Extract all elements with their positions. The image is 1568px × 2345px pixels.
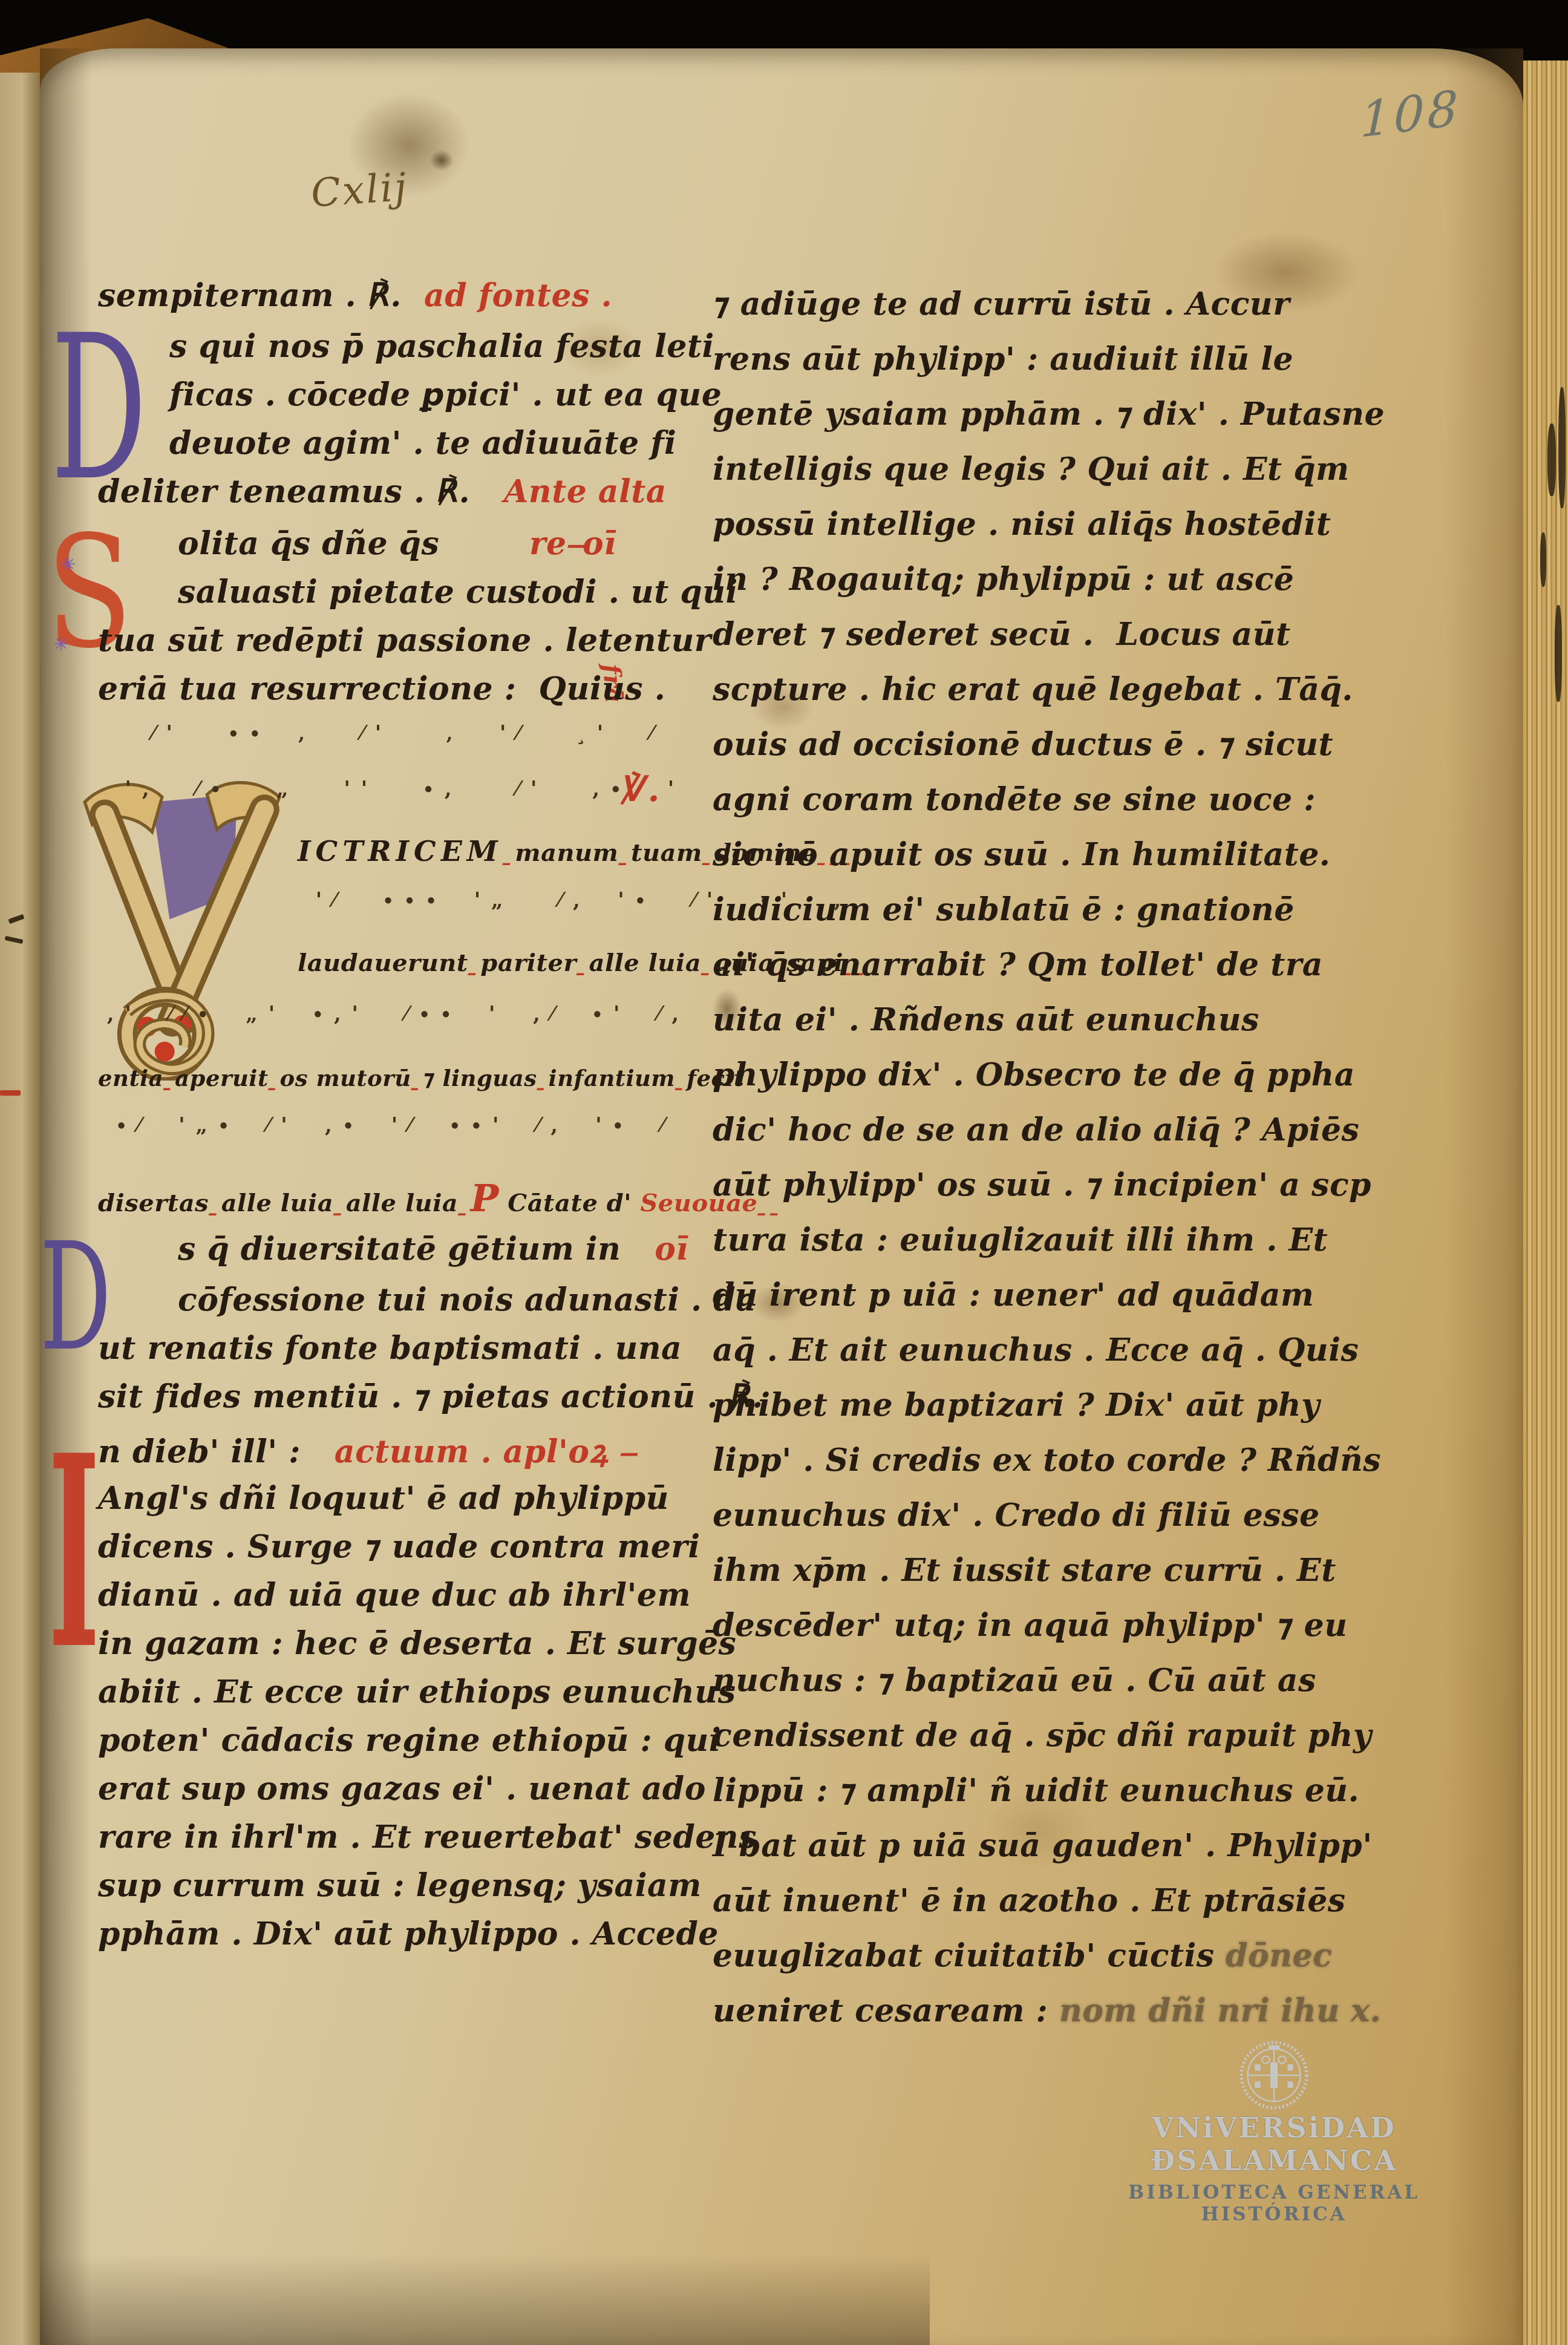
- manuscript-text-line: in gazam : hec ē deserta . Et surgēs: [98, 1625, 667, 1673]
- body-text: alle luia: [346, 1189, 459, 1217]
- rubric-text: ˍ: [503, 839, 515, 867]
- manuscript-text-line: aūt inuent' ē in azotho . Et ptrāsiēs: [713, 1882, 1293, 1937]
- watermark-library-name: BIBLIOTECA GENERAL HISTÓRICA: [1105, 2182, 1443, 2225]
- manuscript-text-line: poten' cādacis regine ethiopū : qui: [98, 1722, 667, 1770]
- manuscript-text-line: Angl's dñi loquut' ē ad phylippū: [98, 1480, 667, 1528]
- manuscript-text-line: rare in ihrl'm . Et reuertebat' sedens: [98, 1819, 667, 1867]
- rubric-text: actuum . apl'oꝝ ⎯: [335, 1433, 635, 1470]
- manuscript-text-line: s qui nos p̄ paschalia festa leti: [98, 328, 667, 376]
- neume-row: ⁄ ' ∙ ∙ ‚ ⁄ ' ‚ ' ⁄ ¸ ' ⁄: [98, 721, 667, 777]
- body-text: possū intellige . nisi aliq̄s hostēdit: [713, 506, 1331, 543]
- body-text: lippū : ⁊ ampli' ñ uidit eunuchus eū.: [713, 1772, 1359, 1809]
- body-text: in gazam : hec ē deserta . Et surgēs: [98, 1625, 736, 1662]
- body-text: ihm xp̄m . Et iussit stare currū . Et: [713, 1552, 1336, 1589]
- body-text: poten' cādacis regine ethiopū : qui: [98, 1722, 721, 1759]
- page-stack-fore-edge: [1523, 61, 1568, 2345]
- body-text: sempiternam . ℟.: [98, 277, 424, 314]
- text-column-right: ⁊ adiūge te ad currū istū . Accurrens aū…: [713, 286, 1293, 2047]
- body-text: eriā tua resurrectione : Quius .: [98, 670, 665, 707]
- body-text: phylippo dix' . Obsecro te de q̄ ppha: [713, 1056, 1355, 1093]
- body-text: bat aūt p uiā suā gauden' . Phylipp': [739, 1827, 1372, 1864]
- body-text: lipp' . Si credis ex toto corde ? Rñdñs: [713, 1442, 1381, 1479]
- manuscript-text-line: aq̄ . Et ait eunuchus . Ecce aq̄ . Quis: [713, 1332, 1293, 1387]
- body-text: Angl's dñi loquut' ē ad phylippū: [98, 1480, 669, 1517]
- manuscript-text-line: saluasti pietate custodi . ut qui: [98, 574, 667, 622]
- body-text: descēder' utq; in aquā phylipp' ⁊ eu: [713, 1607, 1347, 1644]
- body-text: os mutorū: [280, 1065, 411, 1091]
- body-text: s qui nos p̄ paschalia festa leti: [169, 328, 714, 365]
- body-text: euuglizabat ciuitatib' cūctis: [713, 1937, 1226, 1974]
- body-text: saluasti pietate custodi . ut qui: [178, 574, 738, 610]
- folio-mark: Cxlij: [310, 165, 410, 216]
- manuscript-text-line: s q̄ diuersitatē gētium in oī: [98, 1231, 667, 1281]
- manuscript-text-line: ut renatis fonte baptismati . una: [98, 1330, 667, 1378]
- body-text: deret ⁊ sederet secū . Locus aūt: [713, 616, 1291, 653]
- body-text: ⁊ adiūge te ad currū istū . Accur: [713, 286, 1290, 322]
- neume-row: , ' ⁄ ⁄ ∙ „ ' ∙ , ' ⁄ ∙ ∙ ' , ⁄ ∙ ' ⁄ ,: [98, 1002, 667, 1065]
- body-text: deuote agim' . te adiuuāte fi: [169, 425, 676, 462]
- rubric-text: ˍ: [269, 1065, 280, 1091]
- rubric-text: ˍ: [411, 1065, 423, 1091]
- body-text: manum: [515, 839, 618, 867]
- body-text: ut renatis fonte baptismati . una: [98, 1330, 682, 1367]
- body-text: in ? Rogauitq; phylippū : ut ascē: [713, 561, 1294, 598]
- manuscript-text-line: laudaueruntˍpariterˍalle luiaˍquiaˍsapiˍ…: [98, 949, 667, 1002]
- manuscript-text-line: sempiternam . ℟. ad fontes .: [98, 277, 667, 328]
- rubric-text: ˍ: [618, 839, 631, 867]
- manuscript-text-line: euuglizabat ciuitatib' cūctis dōnec: [713, 1937, 1293, 1992]
- body-text: pphām . Dix' aūt phylippo . Accede: [98, 1915, 719, 1952]
- manuscript-text-line: ⁊ adiūge te ad currū istū . Accur: [713, 286, 1293, 341]
- facing-page-edge: [0, 73, 40, 2345]
- body-text: ficas . cōcede ꝑpici' . ut ea que: [169, 376, 722, 413]
- showthrough-rubric-mark: [0, 1090, 21, 1096]
- body-text: laudauerunt: [298, 949, 468, 977]
- manuscript-text-line: dic' hoc de se an de alio aliq̄ ? Apiēs: [713, 1111, 1293, 1166]
- manuscript-text-line: iudicium ei' sublatū ē : gnationē: [713, 891, 1293, 946]
- body-text: uita ei' . Rñdens aūt eunuchus: [713, 1001, 1259, 1038]
- pencil-page-number: 108: [1360, 79, 1462, 148]
- library-watermark: VNiVERSiDAD ÐSALAMANCA BIBLIOTECA GENERA…: [1105, 2039, 1443, 2225]
- manuscript-text-line: descēder' utq; in aquā phylipp' ⁊ eu: [713, 1607, 1293, 1662]
- body-text: abiit . Et ecce uir ethiops eunuchus: [98, 1673, 736, 1710]
- fore-edge-shading: [1445, 48, 1523, 2345]
- neume-row: ' , ⁄ ∙ „ ' ' ∙ , ⁄ ' , ∙ ': [98, 777, 667, 835]
- body-text: gentē ysaiam pphām . ⁊ dix' . Putasne: [713, 396, 1385, 433]
- rubric-text: re⎯oī: [529, 525, 616, 562]
- body-text: ueniret cesaream :: [713, 1992, 1059, 2029]
- manuscript-text-line: eunuchus dix' . Credo di filiū esse: [713, 1497, 1293, 1552]
- body-text: phibet me baptizari ? Dix' aūt phy: [713, 1387, 1320, 1424]
- body-text: ICTRICEM: [298, 835, 503, 868]
- university-seal-icon: [1238, 2039, 1310, 2111]
- body-text: dicens . Surge ⁊ uade contra meri: [98, 1528, 701, 1565]
- parchment-stain: [426, 146, 457, 174]
- body-text: rens aūt phylipp' : audiuit illū le: [713, 341, 1293, 378]
- manuscript-text-line: entiaˍaperuitˍos mutorūˍ⁊ linguasˍinfant…: [98, 1065, 667, 1113]
- rubric-text: P: [471, 1176, 499, 1220]
- manuscript-text-line: sic nō apuit os suū . In humilitate.: [713, 836, 1293, 891]
- manuscript-text-line: I bat aūt p uiā suā gauden' . Phylipp': [713, 1827, 1293, 1882]
- body-text: sic nō apuit os suū . In humilitate.: [713, 836, 1330, 873]
- body-text: aq̄ . Et ait eunuchus . Ecce aq̄ . Quis: [713, 1332, 1359, 1369]
- fore-edge-ink-smudge: [1558, 387, 1566, 508]
- manuscript-text-line: gentē ysaiam pphām . ⁊ dix' . Putasne: [713, 396, 1293, 451]
- rubric-text: ˍ: [163, 1065, 175, 1091]
- manuscript-text-line: deliter teneamus . ℟. Ante alta: [98, 473, 667, 525]
- watermark-university-name-2: ÐSALAMANCA: [1105, 2144, 1443, 2177]
- rubric-text: ˍ: [209, 1189, 221, 1217]
- manuscript-text-line: pphām . Dix' aūt phylippo . Accede: [98, 1915, 667, 1964]
- manuscript-text-line: rens aūt phylipp' : audiuit illū le: [713, 341, 1293, 396]
- rubric-text: ˍ: [577, 949, 589, 977]
- manuscript-text-line: ei' q̄s enarrabit ? Qm tollet' de tra: [713, 946, 1293, 1001]
- body-text: dic' hoc de se an de alio aliq̄ ? Apiēs: [713, 1111, 1359, 1148]
- manuscript-text-line: in ? Rogauitq; phylippū : ut ascē: [713, 561, 1293, 616]
- body-text: aūt phylipp' os suū . ⁊ incipien' a scp: [713, 1166, 1371, 1203]
- body-text: alle luia: [589, 949, 701, 977]
- manuscript-text-line: n dieb' ill' : actuum . apl'oꝝ ⎯: [98, 1429, 667, 1480]
- body-text: erat sup oms gazas ei' . uenat ado: [98, 1770, 706, 1807]
- manuscript-text-line: ihm xp̄m . Et iussit stare currū . Et: [713, 1552, 1293, 1607]
- neume-row: ∙ ⁄ ' „ ∙ ⁄ ' , ∙ ' ⁄ ∙ ∙ ' ⁄ , ' ∙ ⁄: [98, 1113, 667, 1176]
- manuscript-text-line: olita q̄s dñe q̄s re⎯oī: [98, 525, 667, 574]
- bottom-shadow: [40, 2254, 930, 2345]
- manuscript-text-line: dicens . Surge ⁊ uade contra meri: [98, 1528, 667, 1577]
- manuscript-text-line: nuchus : ⁊ baptizaū eū . Cū aūt as: [713, 1662, 1293, 1717]
- initial-ornament-dot: ✳: [60, 554, 76, 575]
- body-text: nom dñi nri ihu x.: [1059, 1992, 1381, 2029]
- body-text: ouis ad occisionē ductus ē . ⁊ sicut: [713, 726, 1333, 763]
- body-text: deliter teneamus . ℟.: [98, 473, 504, 510]
- manuscript-text-line: deuote agim' . te adiuuāte fi: [98, 425, 667, 473]
- initial-ornament-dot: ✳: [53, 634, 68, 655]
- manuscript-text-line: ICTRICEMˍmanumˍtuamˍdomineˍˍˍ: [98, 835, 667, 888]
- body-text: aūt inuent' ē in azotho . Et ptrāsiēs: [713, 1882, 1346, 1919]
- manuscript-text-line: possū intellige . nisi aliq̄s hostēdit: [713, 506, 1293, 561]
- manuscript-text-line: eriā tua resurrectione : Quius .: [98, 670, 667, 721]
- body-text: scpture . hic erat quē legebat . Tāq̄.: [713, 671, 1353, 708]
- manuscript-text-line: aūt phylipp' os suū . ⁊ incipien' a scp: [713, 1166, 1293, 1222]
- body-text: iudicium ei' sublatū ē : gnationē: [713, 891, 1295, 928]
- manuscript-text-line: dianū . ad uiā que duc ab ihrl'em: [98, 1577, 667, 1625]
- manuscript-text-line: phylippo dix' . Obsecro te de q̄ ppha: [713, 1056, 1293, 1111]
- body-text: infantium: [549, 1065, 675, 1091]
- rubric-text: ad fontes .: [424, 277, 612, 314]
- fore-edge-ink-smudge: [1540, 532, 1546, 587]
- body-text: aperuit: [175, 1065, 268, 1091]
- manuscript-scan: { "page": { "folio_mark": "Cxlij", "page…: [0, 0, 1568, 2345]
- body-text: dū irent p uiā : uener' ad quādam: [713, 1277, 1314, 1313]
- showthrough-ink-mark: [5, 936, 24, 944]
- rubric-text: ˍ: [537, 1065, 549, 1091]
- body-text: rare in ihrl'm . Et reuertebat' sedens: [98, 1819, 757, 1856]
- body-text: eunuchus dix' . Credo di filiū esse: [713, 1497, 1320, 1534]
- body-text: Cātate d': [499, 1189, 641, 1217]
- manuscript-text-line: lipp' . Si credis ex toto corde ? Rñdñs: [713, 1442, 1293, 1497]
- body-text: dōnec: [1226, 1937, 1332, 1974]
- manuscript-text-line: tura ista : euiuglizauit illi ihm . Et: [713, 1222, 1293, 1277]
- manuscript-text-line: intelligis que legis ? Qui ait . Et q̄m: [713, 451, 1293, 506]
- manuscript-text-line: dū irent p uiā : uener' ad quādam: [713, 1277, 1293, 1332]
- text-column-left: sempiternam . ℟. ad fontes .s qui nos p̄…: [98, 277, 667, 1964]
- manuscript-text-line: deret ⁊ sederet secū . Locus aūt: [713, 616, 1293, 671]
- manuscript-text-line: disertasˍalle luiaˍalle luiaˍP Cātate d'…: [98, 1176, 667, 1231]
- body-text: ⁊ linguas: [423, 1065, 537, 1091]
- body-text: ei' q̄s enarrabit ? Qm tollet' de tra: [713, 946, 1323, 983]
- manuscript-text-line: sit fides mentiū . ⁊ pietas actionū . ℟.: [98, 1378, 667, 1429]
- manuscript-text-line: uita ei' . Rñdens aūt eunuchus: [713, 1001, 1293, 1056]
- body-text: entia: [98, 1065, 163, 1091]
- body-text: sup currum suū : legensq; ysaiam: [98, 1867, 702, 1904]
- manuscript-text-line: sup currum suū : legensq; ysaiam: [98, 1867, 667, 1915]
- fore-edge-ink-smudge: [1555, 605, 1562, 702]
- showthrough-ink-mark: [8, 914, 24, 924]
- watermark-university-name: VNiVERSiDAD: [1105, 2111, 1443, 2144]
- manuscript-text-line: agni coram tondēte se sine uoce :: [713, 781, 1293, 836]
- manuscript-text-line: lippū : ⁊ ampli' ñ uidit eunuchus eū.: [713, 1772, 1293, 1827]
- manuscript-text-line: scpture . hic erat quē legebat . Tāq̄.: [713, 671, 1293, 726]
- rubric-text: ˍ: [468, 949, 481, 977]
- body-text: cōfessione tui nois adunasti . da: [178, 1281, 756, 1318]
- body-text: I: [713, 1827, 739, 1864]
- body-text: cendissent de aq̄ . sp̄c dñi rapuit phy: [713, 1717, 1372, 1754]
- body-text: tuam: [631, 839, 702, 867]
- manuscript-page: Cxlij 108 D S ✳ ✳ D I ℣. frā sempiternam…: [40, 48, 1523, 2345]
- initial-i-red: I: [48, 1421, 100, 1684]
- body-text: pariter: [480, 949, 577, 977]
- body-text: dianū . ad uiā que duc ab ihrl'em: [98, 1577, 691, 1614]
- manuscript-text-line: ouis ad occisionē ductus ē . ⁊ sicut: [713, 726, 1293, 781]
- body-text: disertas: [98, 1189, 209, 1217]
- rubric-text: ˍ: [675, 1065, 687, 1091]
- fore-edge-ink-smudge: [1547, 424, 1556, 496]
- manuscript-text-line: ficas . cōcede ꝑpici' . ut ea que: [98, 376, 667, 425]
- manuscript-text-line: tua sūt redēpti passione . letentur: [98, 622, 667, 670]
- rubric-text: ˍ: [701, 949, 714, 977]
- body-text: olita q̄s dñe q̄s: [178, 525, 529, 562]
- body-text: n dieb' ill' :: [98, 1433, 335, 1470]
- body-text: nuchus : ⁊ baptizaū eū . Cū aūt as: [713, 1662, 1316, 1699]
- body-text: tura ista : euiuglizauit illi ihm . Et: [713, 1222, 1328, 1258]
- manuscript-text-line: cōfessione tui nois adunasti . da: [98, 1281, 667, 1330]
- rubric-text: Ante alta: [504, 473, 667, 510]
- manuscript-text-line: erat sup oms gazas ei' . uenat ado: [98, 1770, 667, 1819]
- body-text: sit fides mentiū . ⁊ pietas actionū . ℟.: [98, 1378, 763, 1415]
- body-text: s q̄ diuersitatē gētium in: [178, 1231, 655, 1267]
- rubric-text: oī: [655, 1231, 688, 1267]
- body-text: intelligis que legis ? Qui ait . Et q̄m: [713, 451, 1350, 488]
- body-text: agni coram tondēte se sine uoce :: [713, 781, 1316, 818]
- neume-row: ' ⁄ ∙ ∙ ∙ ' „ ⁄ , ' ∙ ⁄ ' ∙ ' ,: [98, 888, 667, 949]
- manuscript-text-line: abiit . Et ecce uir ethiops eunuchus: [98, 1673, 667, 1722]
- body-text: tua sūt redēpti passione . letentur: [98, 622, 711, 659]
- rubric-text: ˍ: [458, 1189, 471, 1217]
- manuscript-text-line: cendissent de aq̄ . sp̄c dñi rapuit phy: [713, 1717, 1293, 1772]
- body-text: alle luia: [221, 1189, 334, 1217]
- rubric-text: ˍ: [333, 1189, 346, 1217]
- manuscript-text-line: phibet me baptizari ? Dix' aūt phy: [713, 1387, 1293, 1442]
